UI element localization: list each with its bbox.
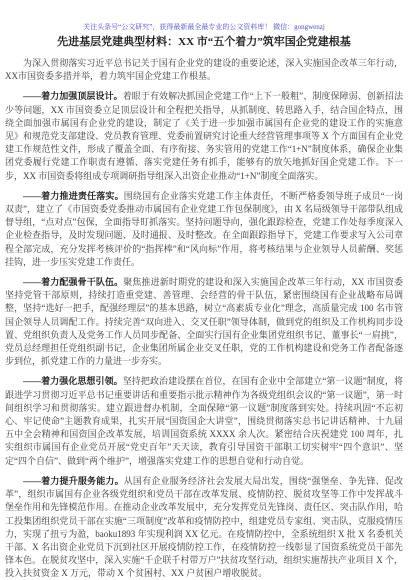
paragraph-lead: ——着力配强骨干队伍。 <box>23 277 123 287</box>
body-paragraph: ——着力加强顶层设计。着眼于有效解决抓国企党建工作“上下一般粗”、制度保障弱、创… <box>5 90 403 182</box>
document-page: 关注头条号“公文研究”，获得最新最全最专业的公文资料库！ 微信：gongwenz… <box>0 0 408 580</box>
paragraph-text: 从国有企业服务经济社会发展大局出发，围绕“强堡垒、争先锋、促改革”，组织市属国有… <box>5 476 403 578</box>
paragraph-lead: ——着力强化思想引领。 <box>23 376 123 386</box>
paragraph-text: 围绕国有企业落实党建工作主体责任，不断严格委领导班子成员“一岗双责”，建立了《市… <box>5 191 403 267</box>
body-paragraph: ——着力配强骨干队伍。聚焦推进新时期党的建设和深入实施国企改革三年行动，XX 市… <box>5 276 403 368</box>
page-title: 先进基层党建典型材料：XX 市“五个着力”筑牢国企党建根基 <box>5 35 403 50</box>
paragraph-text: 着眼于有效解决抓国企党建工作“上下一般粗”、制度保障弱、创新招法少等问题，XX … <box>5 91 403 180</box>
intro-paragraph: 为深入贯彻落实习近平总书记关于国有企业党的建设的重要论述，深入实施国企改革三年行… <box>5 57 403 83</box>
body-paragraph: ——着力提升服务能力。从国有企业服务经济社会发展大局出发，围绕“强堡垒、争先锋、… <box>5 475 403 580</box>
body-paragraph: ——着力推进责任落实。围绕国有企业落实党建工作主体责任，不断严格委领导班子成员“… <box>5 190 403 269</box>
body-paragraph: ——着力强化思想引领。坚持把政治建设摆在首位，在国有企业中全部建立“第一议题”制… <box>5 375 403 467</box>
paragraph-lead: ——着力提升服务能力。 <box>23 476 124 486</box>
paragraph-text: 聚焦推进新时期党的建设和深入实施国企改革三年行动，XX 市国资委坚持党管干部原则… <box>5 277 403 366</box>
paragraph-lead: ——着力推进责任落实。 <box>23 191 124 201</box>
paragraph-text: 坚持把政治建设摆在首位，在国有企业中全部建立“第一议题”制度，将跟进学习贯彻习近… <box>5 376 403 465</box>
header-notice: 关注头条号“公文研究”，获得最新最全最专业的公文资料库！ 微信：gongwenz… <box>5 22 403 32</box>
paragraph-lead: ——着力加强顶层设计。 <box>23 91 123 101</box>
